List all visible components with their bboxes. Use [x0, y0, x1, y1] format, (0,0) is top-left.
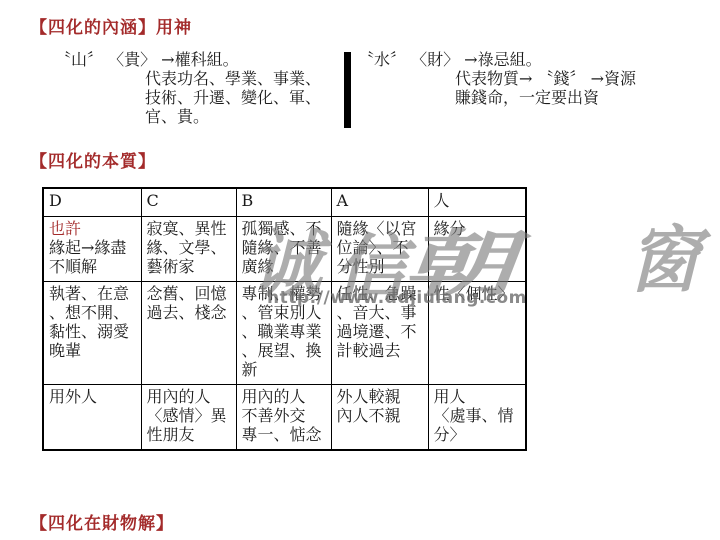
- cell-r2-a: 任性、急躁 、音大、事 過境遷、不 計較過去: [331, 281, 428, 384]
- cell-r1-ren: 緣分: [428, 216, 526, 281]
- watermark-char-4: 窗: [628, 224, 700, 296]
- cell-r3-a: 外人較親 內人不親: [331, 384, 428, 450]
- cell-r3-c: 用內的人 〈感情〉異 性朋友: [141, 384, 236, 450]
- vertical-divider-bar: [344, 52, 351, 128]
- cell-r2-c: 念舊、回憶 過去、棧念: [141, 281, 236, 384]
- cell-r3-b: 用內的人 不善外交 專一、惦念: [236, 384, 331, 450]
- cell-r1-d-rest: 緣起→緣盡 不順解: [49, 238, 139, 276]
- mountain-detail-text: 代表功名、學業、事業、 技術、升遷、變化、軍、 官、貴。: [145, 69, 340, 126]
- cell-r1-a: 隨緣〈以宮 位論〉、不 分性別: [331, 216, 428, 281]
- cell-r2-b: 專制、權勢 、管束別人 、職業專業 、展望、換 新: [236, 281, 331, 384]
- header-cell-a: A: [331, 188, 428, 216]
- table-row-1: 也許 緣起→緣盡 不順解 寂寞、異性 緣、文學、 藝術家 孤獨感、不 隨緣、不善…: [43, 216, 526, 281]
- intro-water-block: 〝水〞 〈財〉 →祿忌組。 代表物質→ 〝錢〞 →資源 賺錢命，一定要出資: [358, 50, 658, 107]
- section-heading-essence: 【四化的本質】: [30, 147, 156, 172]
- cell-r1-d: 也許 緣起→緣盡 不順解: [43, 216, 141, 281]
- intro-mountain-block: 〝山〞 〈貴〉 →權科組。 代表功名、學業、事業、 技術、升遷、變化、軍、 官、…: [55, 50, 340, 126]
- document-page: 【四化的內涵】用神 〝山〞 〈貴〉 →權科組。 代表功名、學業、事業、 技術、升…: [0, 0, 720, 540]
- table-header-row: D C B A 人: [43, 188, 526, 216]
- header-cell-ren: 人: [428, 188, 526, 216]
- section-heading-wealth: 【四化在財物解】: [30, 509, 174, 534]
- mountain-lead-text: 〝山〞 〈貴〉 →權科組。: [55, 50, 340, 69]
- water-lead-text: 〝水〞 〈財〉 →祿忌組。: [358, 50, 658, 69]
- header-cell-d: D: [43, 188, 141, 216]
- cell-r1-d-highlight: 也許: [49, 219, 81, 238]
- cell-r3-ren: 用人 〈處事、情 分〉: [428, 384, 526, 450]
- table-row-3: 用外人 用內的人 〈感情〉異 性朋友 用內的人 不善外交 專一、惦念 外人較親 …: [43, 384, 526, 450]
- header-cell-b: B: [236, 188, 331, 216]
- essence-table: D C B A 人 也許 緣起→緣盡 不順解 寂寞、異性 緣、文學、 藝術家 孤…: [42, 187, 527, 451]
- cell-r1-b: 孤獨感、不 隨緣、不善 廣緣: [236, 216, 331, 281]
- cell-r3-d: 用外人: [43, 384, 141, 450]
- cell-r2-ren: 性〈個性〉: [428, 281, 526, 384]
- cell-r1-c: 寂寞、異性 緣、文學、 藝術家: [141, 216, 236, 281]
- header-cell-c: C: [141, 188, 236, 216]
- water-detail-text: 代表物質→ 〝錢〞 →資源 賺錢命，一定要出資: [455, 69, 658, 107]
- table-row-2: 執著、在意 、想不開、 黏性、溺愛 晚輩 念舊、回憶 過去、棧念 專制、權勢 、…: [43, 281, 526, 384]
- cell-r2-d: 執著、在意 、想不開、 黏性、溺愛 晚輩: [43, 281, 141, 384]
- section-heading-meaning: 【四化的內涵】用神: [30, 13, 192, 38]
